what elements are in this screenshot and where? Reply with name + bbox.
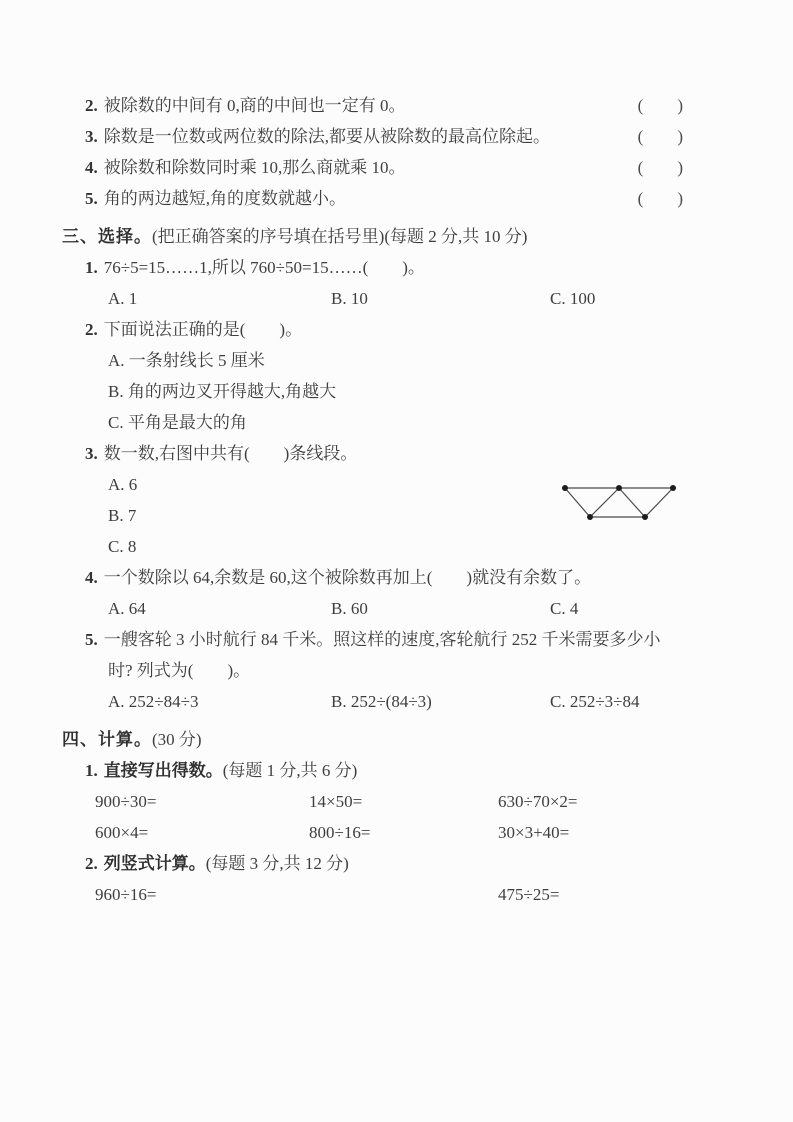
statement-text: 被除数和除数同时乘 10,那么商就乘 10。 bbox=[104, 158, 406, 177]
option-label: C. bbox=[550, 289, 566, 308]
choice-q2-option-c: C. 平角是最大的角 bbox=[108, 407, 683, 438]
section-note: (30 分) bbox=[152, 730, 202, 749]
option-label: B. bbox=[331, 599, 347, 618]
choice-q2-option-b: B. 角的两边叉开得越大,角越大 bbox=[108, 376, 683, 407]
question-text-line2: 时? 列式为( )。 bbox=[108, 661, 250, 680]
option-c: C. 4 bbox=[550, 593, 683, 624]
option-text: 7 bbox=[128, 506, 137, 525]
expression: 800÷16= bbox=[309, 817, 498, 848]
item-number: 5. bbox=[85, 189, 98, 208]
calc-section-header: 四、计算。(30 分) bbox=[62, 724, 683, 755]
statement-text: 角的两边越短,角的度数就越小。 bbox=[104, 189, 346, 208]
answer-blank: ( ) bbox=[638, 90, 683, 121]
expression: 960÷16= bbox=[95, 879, 309, 910]
choice-q2-option-a: A. 一条射线长 5 厘米 bbox=[108, 345, 683, 376]
option-a: A. 252÷84÷3 bbox=[108, 686, 331, 717]
option-label: C. bbox=[108, 413, 124, 432]
section-title: 四、计算。 bbox=[62, 730, 152, 749]
choice-q5-options: A. 252÷84÷3 B. 252÷(84÷3) C. 252÷3÷84 bbox=[108, 686, 683, 717]
statement-text: 被除数的中间有 0,商的中间也一定有 0。 bbox=[104, 96, 406, 115]
option-label: B. bbox=[331, 692, 347, 711]
option-label: A. bbox=[108, 351, 125, 370]
subsection-title: 列竖式计算。 bbox=[104, 854, 206, 873]
statement-text: 除数是一位数或两位数的除法,都要从被除数的最高位除起。 bbox=[104, 127, 550, 146]
judge-item-5: 5.角的两边越短,角的度数就越小。 ( ) bbox=[85, 183, 683, 214]
judge-item-text: 5.角的两边越短,角的度数就越小。 bbox=[85, 183, 346, 214]
question-text-line1: 一艘客轮 3 小时航行 84 千米。照这样的速度,客轮航行 252 千米需要多少… bbox=[104, 630, 661, 649]
answer-blank: ( ) bbox=[638, 183, 683, 214]
question-number: 3. bbox=[85, 444, 98, 463]
option-b: B. 60 bbox=[331, 593, 550, 624]
question-number: 1. bbox=[85, 258, 98, 277]
option-text: 252÷84÷3 bbox=[129, 692, 199, 711]
option-c: C. 252÷3÷84 bbox=[550, 686, 683, 717]
calc-oral-row-2: 600×4= 800÷16= 30×3+40= bbox=[95, 817, 683, 848]
judge-item-4: 4.被除数和除数同时乘 10,那么商就乘 10。 ( ) bbox=[85, 152, 683, 183]
option-text: 8 bbox=[128, 537, 137, 556]
judge-item-2: 2.被除数的中间有 0,商的中间也一定有 0。 ( ) bbox=[85, 90, 683, 121]
calc-vertical-row: 960÷16= 475÷25= bbox=[95, 879, 683, 910]
choice-q4: 4.一个数除以 64,余数是 60,这个被除数再加上( )就没有余数了。 bbox=[85, 562, 683, 593]
option-text: 252÷(84÷3) bbox=[351, 692, 432, 711]
choice-section: 三、选择。(把正确答案的序号填在括号里)(每题 2 分,共 10 分) 1.76… bbox=[62, 221, 683, 717]
option-label: B. bbox=[108, 506, 124, 525]
item-number: 3. bbox=[85, 127, 98, 146]
option-label: B. bbox=[108, 382, 124, 401]
exam-page: 2.被除数的中间有 0,商的中间也一定有 0。 ( ) 3.除数是一位数或两位数… bbox=[0, 0, 793, 1122]
calc-oral-row-1: 900÷30= 14×50= 630÷70×2= bbox=[95, 786, 683, 817]
judge-section: 2.被除数的中间有 0,商的中间也一定有 0。 ( ) 3.除数是一位数或两位数… bbox=[62, 90, 683, 214]
question-text: 下面说法正确的是( )。 bbox=[104, 320, 302, 339]
option-b: B. 252÷(84÷3) bbox=[331, 686, 550, 717]
expression: 600×4= bbox=[95, 817, 309, 848]
subsection-title: 直接写出得数。 bbox=[104, 761, 223, 780]
option-label: A. bbox=[108, 692, 125, 711]
subsection-note: (每题 1 分,共 6 分) bbox=[223, 761, 358, 780]
judge-item-text: 2.被除数的中间有 0,商的中间也一定有 0。 bbox=[85, 90, 406, 121]
option-label: C. bbox=[550, 599, 566, 618]
choice-q5-line2: 时? 列式为( )。 bbox=[108, 655, 683, 686]
option-b: B. 10 bbox=[331, 283, 550, 314]
option-a: A. 64 bbox=[108, 593, 331, 624]
option-text: 60 bbox=[351, 599, 368, 618]
option-text: 6 bbox=[129, 475, 138, 494]
option-text: 100 bbox=[570, 289, 596, 308]
calc-sub2-header: 2.列竖式计算。(每题 3 分,共 12 分) bbox=[85, 848, 683, 879]
calc-section: 四、计算。(30 分) 1.直接写出得数。(每题 1 分,共 6 分) 900÷… bbox=[62, 724, 683, 910]
question-text: 76÷5=15……1,所以 760÷50=15……( )。 bbox=[104, 258, 425, 277]
option-label: A. bbox=[108, 289, 125, 308]
choice-q1-options: A. 1 B. 10 C. 100 bbox=[108, 283, 683, 314]
judge-item-text: 3.除数是一位数或两位数的除法,都要从被除数的最高位除起。 bbox=[85, 121, 550, 152]
segment-figure-svg bbox=[556, 472, 692, 534]
expression: 900÷30= bbox=[95, 786, 309, 817]
subsection-note: (每题 3 分,共 12 分) bbox=[206, 854, 349, 873]
option-text: 平角是最大的角 bbox=[128, 413, 247, 432]
option-label: A. bbox=[108, 599, 125, 618]
option-text: 角的两边叉开得越大,角越大 bbox=[128, 382, 336, 401]
question-text: 数一数,右图中共有( )条线段。 bbox=[104, 444, 358, 463]
option-label: A. bbox=[108, 475, 125, 494]
choice-q1: 1.76÷5=15……1,所以 760÷50=15……( )。 bbox=[85, 252, 683, 283]
expression: 30×3+40= bbox=[498, 817, 683, 848]
choice-q4-options: A. 64 B. 60 C. 4 bbox=[108, 593, 683, 624]
judge-item-3: 3.除数是一位数或两位数的除法,都要从被除数的最高位除起。 ( ) bbox=[85, 121, 683, 152]
option-text: 一条射线长 5 厘米 bbox=[129, 351, 265, 370]
option-c: C. 100 bbox=[550, 283, 683, 314]
item-number: 2. bbox=[85, 96, 98, 115]
line-segment-figure bbox=[556, 472, 692, 539]
item-number: 2. bbox=[85, 854, 98, 873]
option-text: 64 bbox=[129, 599, 146, 618]
option-a: A. 1 bbox=[108, 283, 331, 314]
item-number: 4. bbox=[85, 158, 98, 177]
option-label: C. bbox=[108, 537, 124, 556]
option-text: 10 bbox=[351, 289, 368, 308]
section-title: 三、选择。 bbox=[62, 227, 152, 246]
question-number: 5. bbox=[85, 630, 98, 649]
option-label: C. bbox=[550, 692, 566, 711]
answer-blank: ( ) bbox=[638, 121, 683, 152]
option-text: 1 bbox=[129, 289, 138, 308]
expression: 630÷70×2= bbox=[498, 786, 683, 817]
option-text: 252÷3÷84 bbox=[570, 692, 640, 711]
calc-sub1-header: 1.直接写出得数。(每题 1 分,共 6 分) bbox=[85, 755, 683, 786]
section-note: (把正确答案的序号填在括号里)(每题 2 分,共 10 分) bbox=[152, 227, 527, 246]
choice-q2: 2.下面说法正确的是( )。 bbox=[85, 314, 683, 345]
choice-q5-line1: 5.一艘客轮 3 小时航行 84 千米。照这样的速度,客轮航行 252 千米需要… bbox=[85, 624, 683, 655]
expression: 475÷25= bbox=[498, 879, 683, 910]
expression: 14×50= bbox=[309, 786, 498, 817]
option-text: 4 bbox=[570, 599, 579, 618]
judge-item-text: 4.被除数和除数同时乘 10,那么商就乘 10。 bbox=[85, 152, 406, 183]
question-number: 2. bbox=[85, 320, 98, 339]
question-number: 4. bbox=[85, 568, 98, 587]
choice-q3: 3.数一数,右图中共有( )条线段。 bbox=[85, 438, 683, 469]
choice-section-header: 三、选择。(把正确答案的序号填在括号里)(每题 2 分,共 10 分) bbox=[62, 221, 683, 252]
question-text: 一个数除以 64,余数是 60,这个被除数再加上( )就没有余数了。 bbox=[104, 568, 591, 587]
option-label: B. bbox=[331, 289, 347, 308]
item-number: 1. bbox=[85, 761, 98, 780]
answer-blank: ( ) bbox=[638, 152, 683, 183]
